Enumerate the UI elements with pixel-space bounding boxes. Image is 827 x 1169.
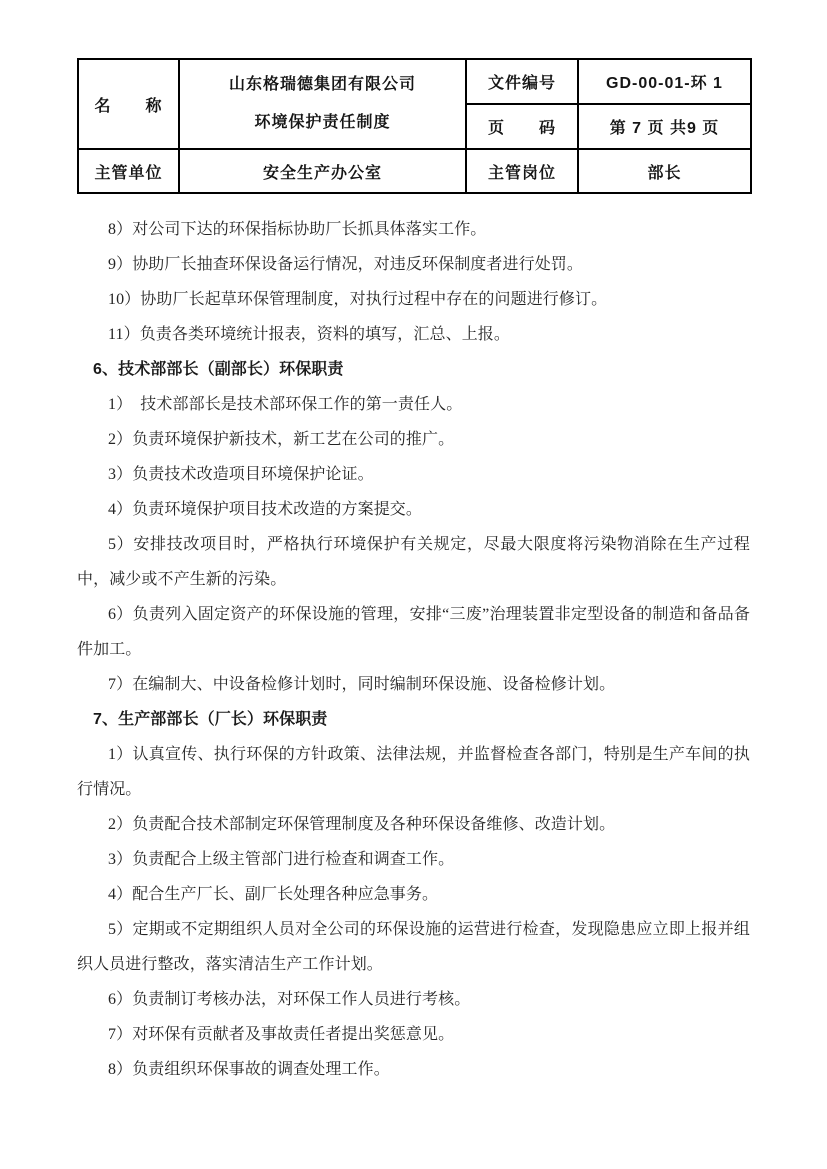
paragraph: 5）安排技改项目时，严格执行环境保护有关规定，尽最大限度将污染物消除在生产过程中… xyxy=(77,527,750,597)
unit-value-cell: 安全生产办公室 xyxy=(179,149,466,193)
doc-no-value-cell: GD-00-01-环 1 xyxy=(578,59,751,104)
document-page: 名 称 山东格瑞德集团有限公司 环境保护责任制度 文件编号 GD-00-01-环… xyxy=(0,0,827,1169)
paragraph: 7）在编制大、中设备检修计划时，同时编制环保设施、设备检修计划。 xyxy=(77,667,750,702)
document-body: 8）对公司下达的环保指标协助厂长抓具体落实工作。 9）协助厂长抽查环保设备运行情… xyxy=(77,212,750,1087)
name-label-cell: 名 称 xyxy=(78,59,179,149)
section-heading: 6、技术部部长（副部长）环保职责 xyxy=(77,352,750,387)
unit-label-cell: 主管单位 xyxy=(78,149,179,193)
page-label-cell: 页 码 xyxy=(466,104,578,149)
paragraph: 3）负责配合上级主管部门进行检查和调查工作。 xyxy=(77,842,750,877)
paragraph: 7）对环保有贡献者及事故责任者提出奖惩意见。 xyxy=(77,1017,750,1052)
company-name: 山东格瑞德集团有限公司 xyxy=(180,66,465,104)
paragraph: 2）负责配合技术部制定环保管理制度及各种环保设备维修、改造计划。 xyxy=(77,807,750,842)
paragraph: 9）协助厂长抽查环保设备运行情况，对违反环保制度者进行处罚。 xyxy=(77,247,750,282)
document-header-table: 名 称 山东格瑞德集团有限公司 环境保护责任制度 文件编号 GD-00-01-环… xyxy=(77,58,752,194)
paragraph: 8）负责组织环保事故的调查处理工作。 xyxy=(77,1052,750,1087)
section-heading: 7、生产部部长（厂长）环保职责 xyxy=(77,702,750,737)
paragraph: 6）负责制订考核办法，对环保工作人员进行考核。 xyxy=(77,982,750,1017)
paragraph: 2）负责环境保护新技术，新工艺在公司的推广。 xyxy=(77,422,750,457)
paragraph: 11）负责各类环境统计报表，资料的填写，汇总、上报。 xyxy=(77,317,750,352)
paragraph: 3）负责技术改造项目环境保护论证。 xyxy=(77,457,750,492)
post-value-cell: 部长 xyxy=(578,149,751,193)
document-title: 环境保护责任制度 xyxy=(180,104,465,142)
doc-no-label-cell: 文件编号 xyxy=(466,59,578,104)
paragraph: 1）认真宣传、执行环保的方针政策、法律法规，并监督检查各部门，特别是生产车间的执… xyxy=(77,737,750,807)
paragraph: 1） 技术部部长是技术部环保工作的第一责任人。 xyxy=(77,387,750,422)
paragraph: 4）配合生产厂长、副厂长处理各种应急事务。 xyxy=(77,877,750,912)
post-label-cell: 主管岗位 xyxy=(466,149,578,193)
paragraph: 8）对公司下达的环保指标协助厂长抓具体落实工作。 xyxy=(77,212,750,247)
paragraph: 4）负责环境保护项目技术改造的方案提交。 xyxy=(77,492,750,527)
paragraph: 10）协助厂长起草环保管理制度，对执行过程中存在的问题进行修订。 xyxy=(77,282,750,317)
paragraph: 5）定期或不定期组织人员对全公司的环保设施的运营进行检查，发现隐患应立即上报并组… xyxy=(77,912,750,982)
paragraph: 6）负责列入固定资产的环保设施的管理，安排“三废”治理装置非定型设备的制造和备品… xyxy=(77,597,750,667)
name-value-cell: 山东格瑞德集团有限公司 环境保护责任制度 xyxy=(179,59,466,149)
page-value-cell: 第 7 页 共9 页 xyxy=(578,104,751,149)
